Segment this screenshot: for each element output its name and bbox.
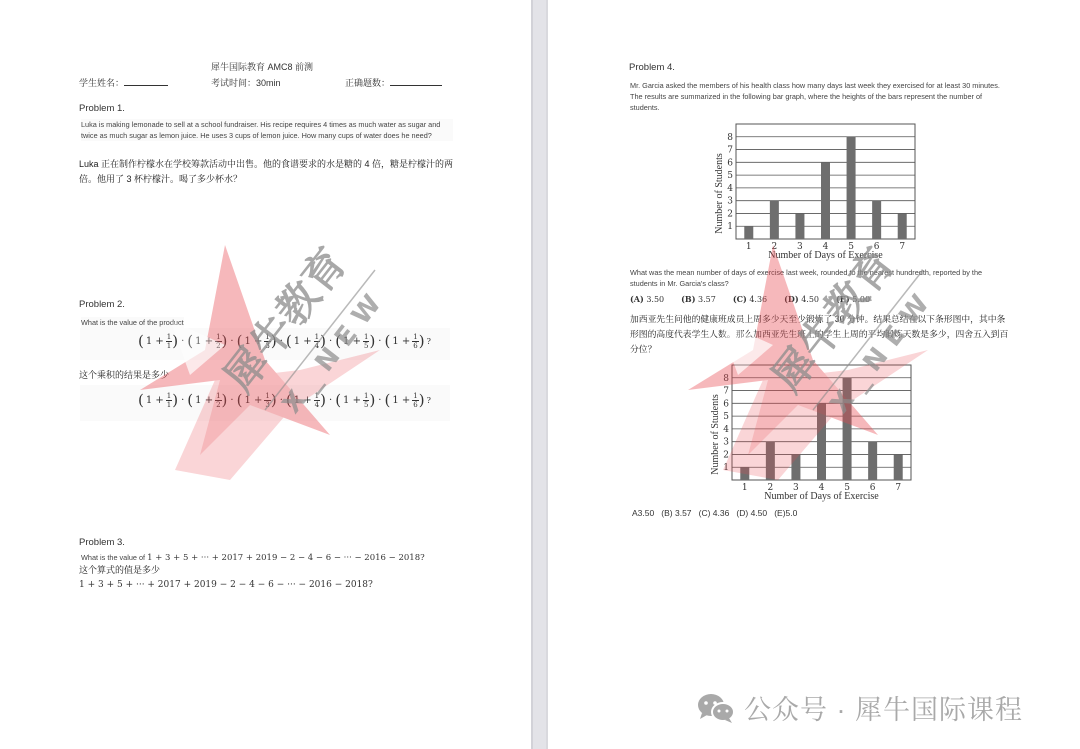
svg-text:Number of Students: Number of Students <box>710 394 721 475</box>
problem-1-english: Luka is making lemonade to sell at a sch… <box>81 119 453 141</box>
multiply-dot: · <box>181 395 184 406</box>
multiply-dot: · <box>230 336 233 347</box>
bar <box>817 403 826 480</box>
problem-1-title: Problem 1. <box>79 103 125 114</box>
problem-1-chinese: Luka 正在制作柠檬水在学校筹款活动中出售。他的食谱要求的水是糖的 4 倍，糖… <box>79 157 459 187</box>
answer-choices-zh: A3.50 (B) 3.57 (C) 4.36 (D) 4.50 (E)5.0 <box>632 508 797 518</box>
wechat-account-label: 公众号 · 犀牛国际课程 <box>696 688 1023 727</box>
svg-text:2: 2 <box>727 209 733 219</box>
svg-text:6: 6 <box>723 399 729 409</box>
bar <box>791 454 800 480</box>
svg-text:7: 7 <box>895 483 901 493</box>
problem-3-english-prefix: What is the value of <box>81 553 145 562</box>
question-mark: ? <box>427 396 431 405</box>
watermark-logo-left: 犀牛教育X_NEW <box>130 240 410 490</box>
bar <box>898 213 907 239</box>
svg-text:3: 3 <box>727 197 733 207</box>
correct-count-blank <box>390 77 442 86</box>
product-term: (1 +12) <box>187 391 227 409</box>
svg-text:Number of Days of Exercise: Number of Days of Exercise <box>768 250 883 261</box>
product-expression: (1 +11)·(1 +12)·(1 +13)·(1 +14)·(1 +15)·… <box>138 332 431 350</box>
exam-time: 考试时间：30min <box>211 76 281 89</box>
problem-3-expression: 1 + 3 + 5 + ··· + 2017 + 2019 − 2 − 4 − … <box>147 553 425 563</box>
answer-choice: (B) 3.57 <box>681 294 716 304</box>
product-term: (1 +16) <box>384 391 424 409</box>
multiply-dot: · <box>378 336 381 347</box>
answer-choice: (C) 4.36 <box>733 294 767 304</box>
bar-chart-chinese: 123456781234567Number of Days of Exercis… <box>706 361 916 511</box>
svg-text:6: 6 <box>727 158 733 168</box>
product-term: (1 +16) <box>384 332 424 350</box>
svg-text:2: 2 <box>723 450 729 460</box>
problem-4-intro: Mr. Garcia asked the members of his heal… <box>630 80 1002 113</box>
product-term: (1 +15) <box>335 391 375 409</box>
product-term: (1 +13) <box>237 332 277 350</box>
multiply-dot: · <box>329 395 332 406</box>
student-name-blank <box>124 77 168 86</box>
product-term: (1 +11) <box>138 332 178 350</box>
problem-2-math-box: (1 +11)·(1 +12)·(1 +13)·(1 +14)·(1 +15)·… <box>80 328 450 360</box>
problem-2-english: What is the value of the product <box>81 317 184 328</box>
problem-3-expression-zh: 1 + 3 + 5 + ··· + 2017 + 2019 − 2 − 4 − … <box>79 580 373 590</box>
multiply-dot: · <box>181 336 184 347</box>
bar-chart-english: 123456781234567Number of Days of Exercis… <box>710 120 920 270</box>
product-expression-zh: (1 +11)·(1 +12)·(1 +13)·(1 +14)·(1 +15)·… <box>138 391 431 409</box>
product-term: (1 +14) <box>286 391 326 409</box>
problem-4-chinese: 加西亚先生问他的健康班成员上周多少天至少锻炼了 30 分钟。结果总结在以下条形图… <box>630 312 1012 357</box>
correct-count-field: 正确题数： <box>345 76 442 89</box>
svg-text:1: 1 <box>727 222 733 232</box>
bar <box>744 226 753 239</box>
bar <box>795 213 804 239</box>
bar <box>894 454 903 480</box>
bar <box>868 442 877 480</box>
multiply-dot: · <box>329 336 332 347</box>
svg-text:7: 7 <box>899 242 905 252</box>
svg-text:3: 3 <box>723 438 729 448</box>
product-term: (1 +14) <box>286 332 326 350</box>
document-page-right: Problem 4. Mr. Garcia asked the members … <box>548 0 1080 749</box>
problem-2-math-box-zh: (1 +11)·(1 +12)·(1 +13)·(1 +14)·(1 +15)·… <box>80 385 450 421</box>
problem-2-chinese: 这个乘积的结果是多少 <box>79 368 169 383</box>
problem-3-chinese: 这个算式的值是多少 <box>79 563 160 578</box>
answer-choice: (D) 4.50 <box>784 294 819 304</box>
svg-text:Number of Days of Exercise: Number of Days of Exercise <box>764 491 879 502</box>
problem-4-question: What was the mean number of days of exer… <box>630 267 1010 289</box>
svg-text:1: 1 <box>723 463 729 473</box>
student-name-field: 学生姓名： <box>79 76 168 89</box>
svg-text:5: 5 <box>727 171 733 181</box>
wechat-account-text: 公众号 · 犀牛国际课程 <box>744 688 1023 727</box>
product-term: (1 +13) <box>237 391 277 409</box>
bar <box>821 162 830 239</box>
svg-text:犀牛教育: 犀牛教育 <box>214 240 356 401</box>
svg-text:1: 1 <box>742 483 748 493</box>
exam-title: 犀牛国际教育 AMC8 前测 <box>211 60 313 73</box>
document-page-left: 犀牛国际教育 AMC8 前测 学生姓名： 考试时间：30min 正确题数： Pr… <box>0 0 531 749</box>
svg-text:8: 8 <box>723 374 729 384</box>
bar <box>843 378 852 480</box>
svg-text:Number of Students: Number of Students <box>714 153 725 234</box>
multiply-dot: · <box>378 395 381 406</box>
svg-text:4: 4 <box>727 184 733 194</box>
correct-count-label: 正确题数： <box>345 78 390 88</box>
multiply-dot: · <box>230 395 233 406</box>
svg-text:4: 4 <box>723 425 729 435</box>
student-name-label: 学生姓名： <box>79 78 124 88</box>
answer-choices: (A) 3.50(B) 3.57(C) 4.36(D) 4.50(E) 5.00 <box>630 294 870 304</box>
multiply-dot: · <box>280 395 283 406</box>
svg-text:1: 1 <box>746 242 752 252</box>
question-mark: ? <box>427 337 431 346</box>
svg-text:8: 8 <box>727 133 733 143</box>
problem-2-title: Problem 2. <box>79 299 125 310</box>
bar <box>770 201 779 239</box>
bar <box>766 442 775 480</box>
bar <box>872 201 881 239</box>
svg-text:7: 7 <box>723 387 729 397</box>
svg-text:7: 7 <box>727 146 733 156</box>
wechat-icon <box>696 692 736 724</box>
multiply-dot: · <box>280 336 283 347</box>
bar <box>740 467 749 480</box>
problem-3-english: What is the value of 1 + 3 + 5 + ··· + 2… <box>81 553 425 563</box>
product-term: (1 +12) <box>187 332 227 350</box>
product-term: (1 +15) <box>335 332 375 350</box>
answer-choice: (E) 5.00 <box>836 294 870 304</box>
answer-choice: (A) 3.50 <box>630 294 664 304</box>
problem-4-title: Problem 4. <box>629 62 675 73</box>
problem-3-title: Problem 3. <box>79 537 125 548</box>
page-gutter <box>531 0 548 749</box>
bar <box>847 137 856 239</box>
svg-text:5: 5 <box>723 412 729 422</box>
product-term: (1 +11) <box>138 391 178 409</box>
